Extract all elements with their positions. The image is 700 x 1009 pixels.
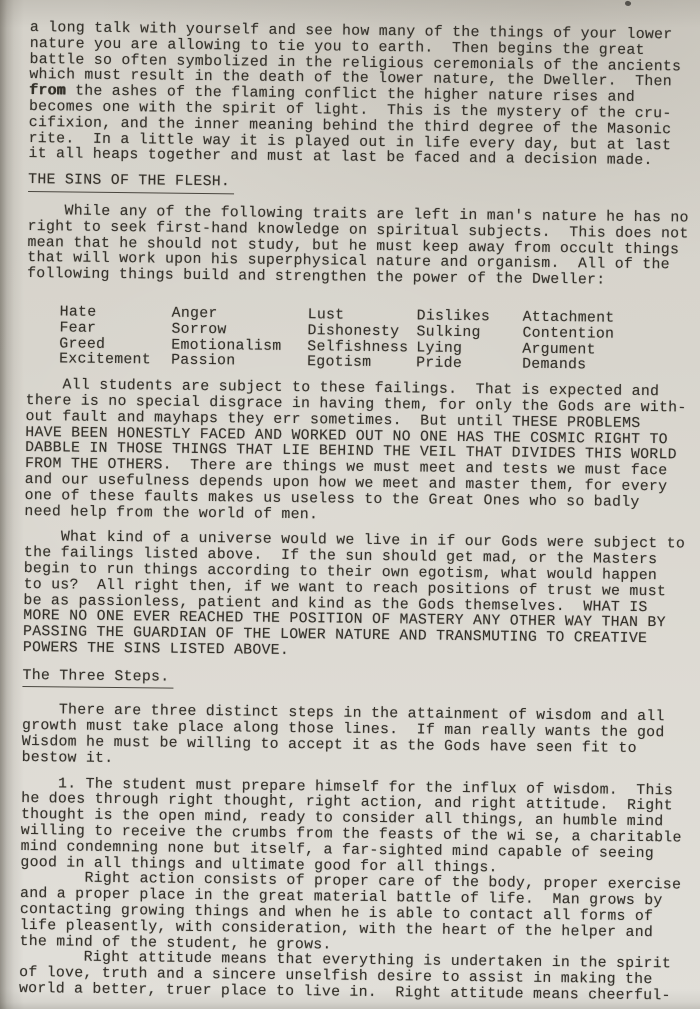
sins-cell: Excitement (59, 353, 171, 370)
traits-paragraph: While any of the following traits are le… (27, 204, 700, 291)
paper-speck (624, 0, 631, 7)
sins-cell: Pride (416, 357, 522, 374)
section-heading-steps-wrap: The Three Steps. (22, 669, 700, 696)
students-paragraph: All students are subject to these failin… (24, 378, 700, 528)
section-heading-sins-wrap: THE SINS OF THE FLESH. (28, 173, 700, 200)
section-heading-steps: The Three Steps. (22, 669, 173, 690)
intro-paragraph: a long talk with yourself and see how ma… (28, 21, 700, 171)
sins-cell: Demands (522, 358, 700, 376)
sins-table: Hate Anger Lust Dislikes Attachment Fear… (59, 305, 700, 376)
intro-paragraph-block: a long talk with yourself and see how ma… (28, 21, 700, 171)
page-text: a long talk with yourself and see how ma… (19, 21, 700, 1006)
sins-cell: Passion (171, 354, 307, 371)
section-heading-sins: THE SINS OF THE FLESH. (28, 173, 234, 194)
overstruck-word: from (29, 84, 66, 100)
sins-cell: Egotism (307, 356, 416, 373)
scanned-typewritten-page: a long talk with yourself and see how ma… (0, 0, 700, 1009)
step-one-paragraph: 1. The student must prepare himself for … (19, 777, 700, 1006)
universe-paragraph: What kind of a universe would we live in… (23, 530, 700, 664)
three-steps-paragraph: There are three distinct steps in the at… (22, 703, 700, 774)
